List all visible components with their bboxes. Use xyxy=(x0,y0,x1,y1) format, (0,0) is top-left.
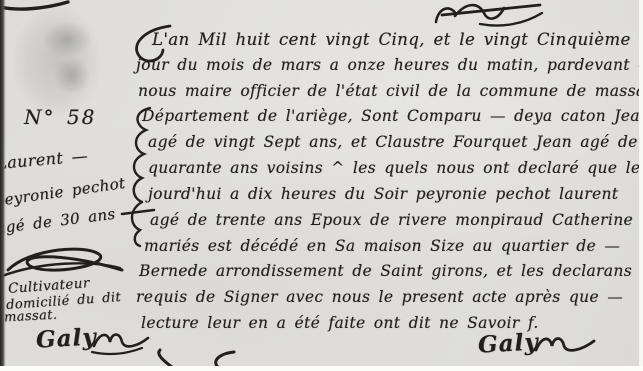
occupation-line: massat. xyxy=(4,308,58,326)
act-line: requis de Signer avec nous le present ac… xyxy=(136,290,623,305)
act-line: agé de vingt Sept ans, et Claustre Fourq… xyxy=(148,135,638,150)
page-scan-edge-left xyxy=(0,0,6,371)
margin-brace-squiggle xyxy=(120,106,162,248)
deceased-name-line: Laurent — xyxy=(0,146,89,173)
act-line: nous maire officier de l'état civil de l… xyxy=(138,84,643,99)
act-number: N° 58 xyxy=(24,105,96,129)
page-scan-edge-bottom xyxy=(0,366,643,371)
act-line: quarante ans voisins ^ les quels nous on… xyxy=(148,161,640,176)
register-page: L'an Mil huit cent vingt Cinq, et le vin… xyxy=(0,0,643,371)
act-line: L'an Mil huit cent vingt Cinq, et le vin… xyxy=(152,32,631,49)
previous-act-signature-flourish xyxy=(428,0,546,30)
ink-bleed-stain xyxy=(12,6,112,118)
act-line: Bernede arrondissement de Saint girons, … xyxy=(139,264,632,279)
act-line: mariés est décédé en Sa maison Size au q… xyxy=(144,239,620,254)
act-line: Département de l'ariège, Sont Comparu — … xyxy=(142,109,643,124)
previous-act-flourish-top-left xyxy=(0,0,70,12)
mayor-signature: Galy xyxy=(477,328,539,358)
signature-flourish xyxy=(92,330,152,356)
page-scan-edge-right xyxy=(639,0,643,371)
mayor-signature-left: Galy xyxy=(35,323,97,353)
signature-flourish xyxy=(534,334,598,360)
act-line: lecture leur en a été faite ont dit ne S… xyxy=(141,316,539,331)
act-line: agé de trente ans Epoux de rivere monpir… xyxy=(150,213,643,228)
act-line: jourd'hui a dix heures du Soir peyronie … xyxy=(148,187,618,202)
deceased-age: agé de 30 ans xyxy=(0,205,116,237)
act-line: jour du mois de mars a onze heures du ma… xyxy=(136,58,643,73)
